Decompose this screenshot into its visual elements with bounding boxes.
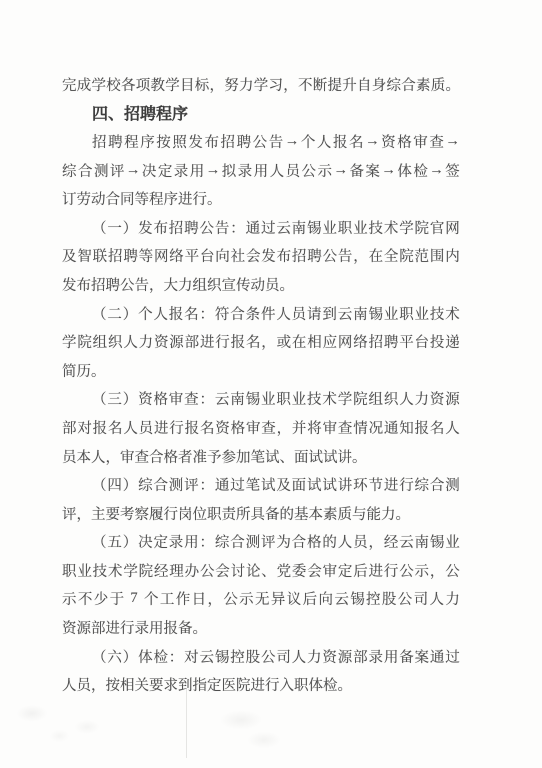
scan-smudge: [10, 700, 120, 745]
text-line: 招聘程序按照发布招聘公告→个人报名→资格审查→: [62, 127, 460, 156]
text-line: （一）发布招聘公告：通过云南锡业职业技术学院官网: [62, 213, 460, 242]
text-line: 发布招聘公告，大力组织宣传动员。: [62, 270, 460, 299]
scan-smudge: [195, 705, 310, 755]
scanned-document-page: 完成学校各项教学目标，努力学习，不断提升自身综合素质。四、招聘程序招聘程序按照发…: [0, 0, 542, 768]
text-line: 员本人，审查合格者准予参加笔试、面试试讲。: [62, 442, 460, 471]
text-line: 示不少于 7 个工作日，公示无异议后向云锡控股公司人力: [62, 585, 460, 614]
document-text-block: 完成学校各项教学目标，努力学习，不断提升自身综合素质。四、招聘程序招聘程序按照发…: [62, 70, 460, 699]
text-line: 订劳动合同等程序进行。: [62, 184, 460, 213]
text-line: 学院组织人力资源部进行报名，或在相应网络招聘平台投递: [62, 327, 460, 356]
text-line: 综合测评→决定录用→拟录用人员公示→备案→体检→签: [62, 156, 460, 185]
text-line: 评，主要考察履行岗位职责所具备的基本素质与能力。: [62, 499, 460, 528]
section-heading: 四、招聘程序: [62, 99, 460, 128]
text-line: 人员，按相关要求到指定医院进行入职体检。: [62, 670, 460, 699]
text-line: 职业技术学院经理办公会讨论、党委会审定后进行公示，公: [62, 556, 460, 585]
text-line: （四）综合测评：通过笔试及面试试讲环节进行综合测: [62, 470, 460, 499]
text-line: （六）体检：对云锡控股公司人力资源部录用备案通过: [62, 642, 460, 671]
text-line: 部对报名人员进行报名资格审查，并将审查情况通知报名人: [62, 413, 460, 442]
text-line: 及智联招聘等网络平台向社会发布招聘公告，在全院范围内: [62, 242, 460, 271]
text-line: 资源部进行录用报备。: [62, 613, 460, 642]
text-line: （三）资格审查：云南锡业职业技术学院组织人力资源: [62, 385, 460, 414]
text-line: （五）决定录用：综合测评为合格的人员，经云南锡业: [62, 528, 460, 557]
text-line: （二）个人报名：符合条件人员请到云南锡业职业技术: [62, 299, 460, 328]
text-line: 简历。: [62, 356, 460, 385]
text-line: 完成学校各项教学目标，努力学习，不断提升自身综合素质。: [62, 70, 460, 99]
